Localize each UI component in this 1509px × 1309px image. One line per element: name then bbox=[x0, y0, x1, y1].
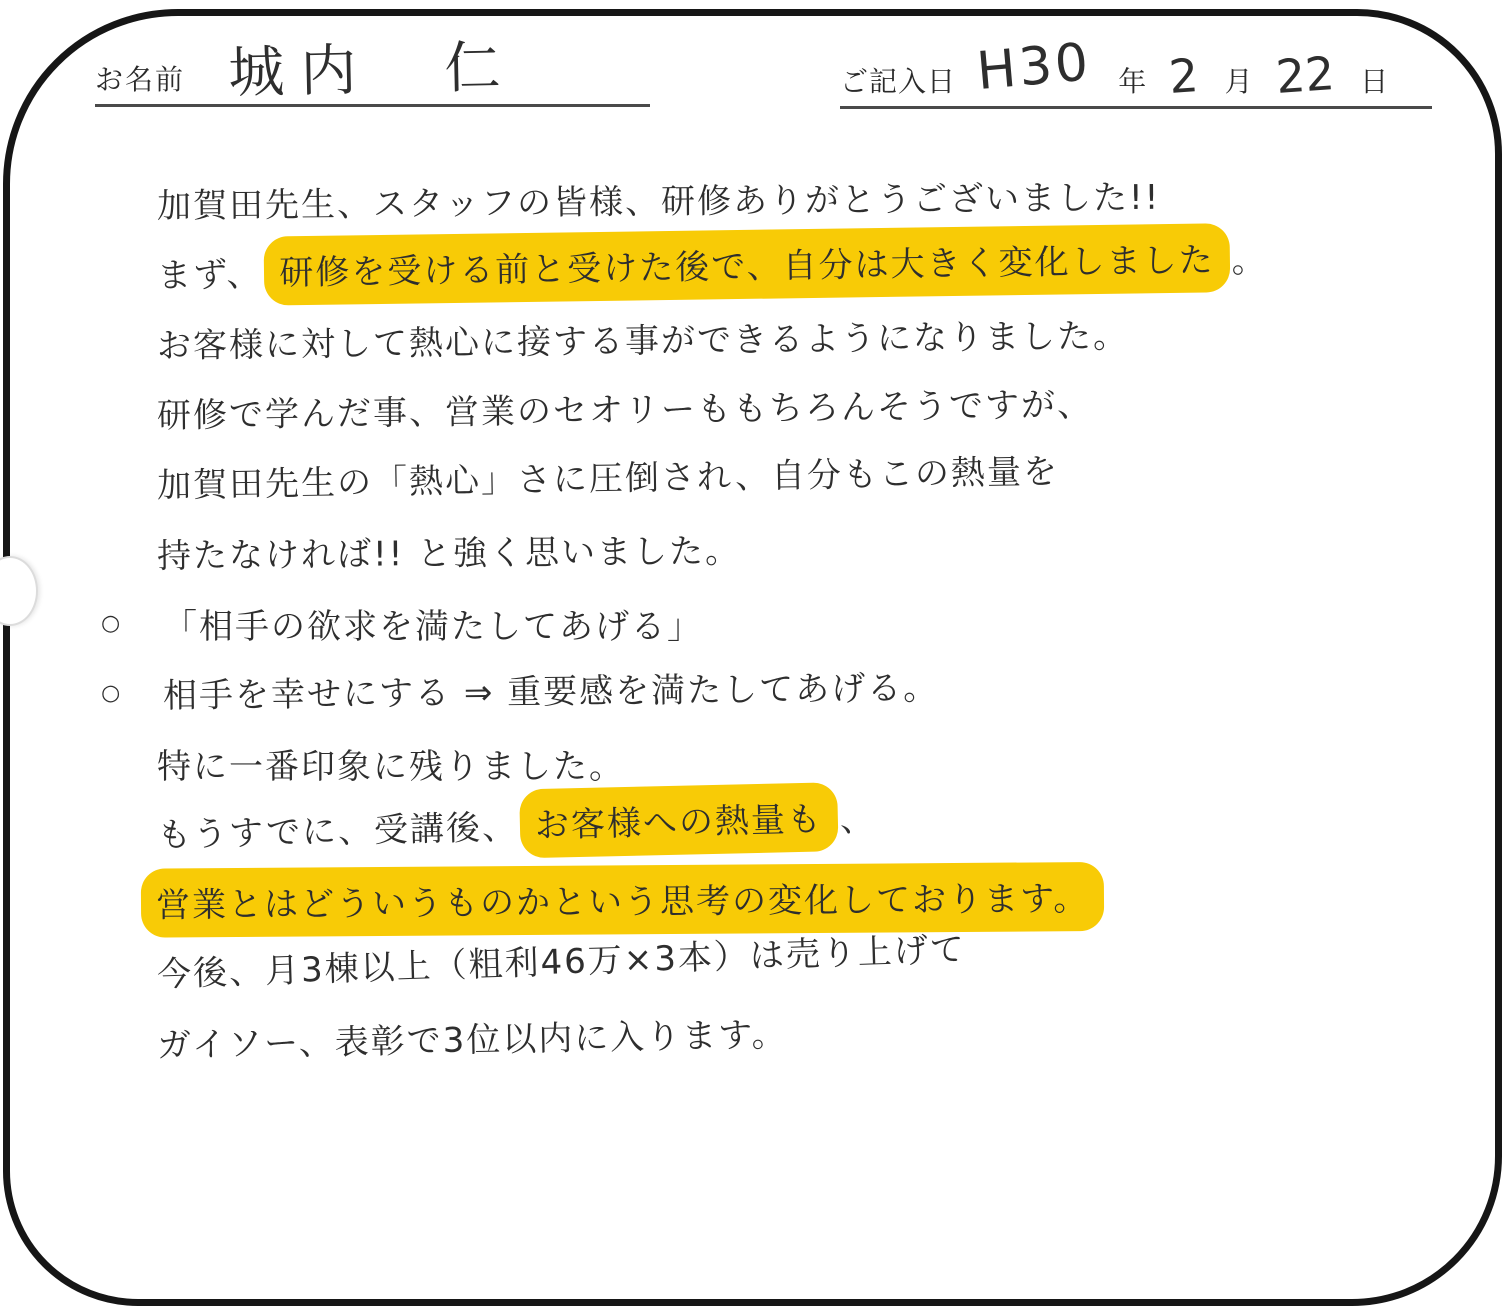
handwriting-segment: 特に一番印象に残りました。 bbox=[157, 739, 625, 788]
handwriting-segment: 。 bbox=[1231, 232, 1268, 281]
month-suffix-label: 月 bbox=[1225, 60, 1254, 106]
handwriting-segment: 今後、月3棟以上（粗利46万×3本）は売り上げて bbox=[156, 921, 966, 995]
highlighted-text: 研修を受ける前と受けた後で、自分は大きく変化しました bbox=[264, 223, 1230, 305]
date-field: ご記入日 H30 年 2 月 22 日 bbox=[840, 22, 1432, 109]
name-field: お名前 城内 仁 bbox=[95, 22, 650, 107]
date-day-value: 22 bbox=[1274, 50, 1336, 106]
highlighted-text: お客様への熱量も bbox=[519, 782, 838, 858]
text-line: ○相手を幸せにする ⇒ 重要感を満たしてあげる。 bbox=[95, 644, 1444, 728]
handwriting-segment: 加賀田先生の「熱心」さに圧倒され、自分もこの熱量を bbox=[157, 443, 1060, 506]
handwriting-segment: お客様に対して熱心に接する事ができるようになりました。 bbox=[157, 308, 1129, 367]
bullet-circle-icon: ○ bbox=[95, 680, 163, 706]
date-month-value: 2 bbox=[1168, 52, 1201, 106]
handwriting-segment: もうすでに、受講後、 bbox=[156, 799, 518, 856]
handwritten-text: 加賀田先生、スタッフの皆様、研修ありがとうございました!!まず、研修を受ける前と… bbox=[95, 168, 1443, 1078]
handwriting-segment: 研修で学んだ事、営業のセオリーももちろんそうですが、 bbox=[157, 376, 1094, 436]
handwriting-segment: 加賀田先生、スタッフの皆様、研修ありがとうございました!! bbox=[157, 169, 1161, 227]
handwriting-segment: ガイソー、表彰で3位以内に入ります。 bbox=[157, 1006, 788, 1066]
scanned-feedback-form: お名前 城内 仁 ご記入日 H30 年 2 月 22 日 加賀田先生、スタッフの… bbox=[0, 0, 1509, 1309]
date-era-year-value: H30 bbox=[975, 36, 1094, 106]
name-value: 城内 仁 bbox=[228, 40, 517, 104]
handwriting-segment: 「相手の欲求を満たしてあげる」 bbox=[163, 599, 703, 648]
day-suffix-label: 日 bbox=[1360, 60, 1389, 106]
name-label: お名前 bbox=[95, 58, 185, 104]
date-label: ご記入日 bbox=[840, 60, 956, 106]
text-line: 持たなければ!! と強く思いました。 bbox=[95, 506, 1444, 588]
handwriting-segment: 持たなければ!! と強く思いました。 bbox=[157, 523, 741, 577]
handwriting-segment: まず、 bbox=[157, 246, 263, 296]
handwriting-segment: 、 bbox=[839, 791, 876, 841]
handwriting-segment: 相手を幸せにする ⇒ 重要感を満たしてあげる。 bbox=[163, 660, 940, 717]
year-suffix-label: 年 bbox=[1118, 60, 1147, 106]
bullet-circle-icon: ○ bbox=[95, 611, 163, 636]
